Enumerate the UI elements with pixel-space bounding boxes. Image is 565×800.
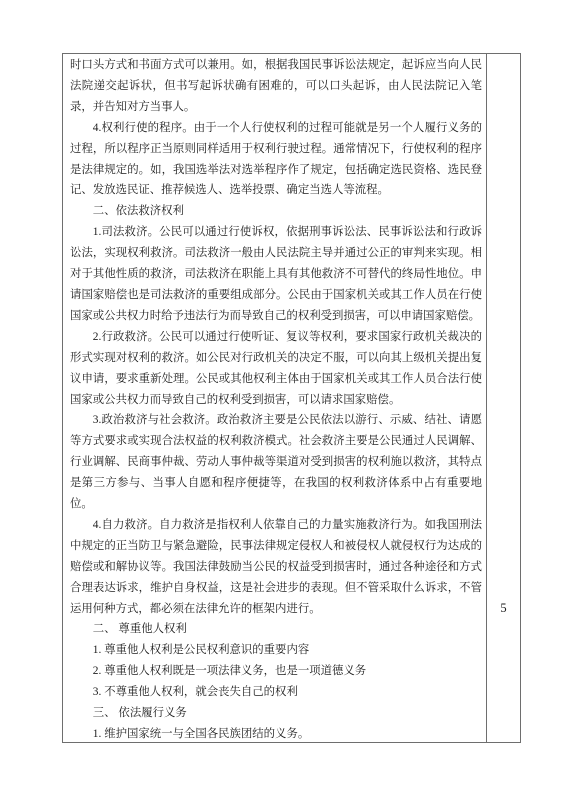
section-heading: 三、 依法履行义务 [70, 703, 482, 724]
list-item: 3. 不尊重他人权利，就会丧失自己的权利 [70, 682, 482, 703]
paragraph: 4.自力救济。自力救济是指权利人依靠自己的力量实施救济行为。如我国刑法中规定的正… [70, 515, 482, 620]
paragraph: 3.政治救济与社会救济。政治救济主要是公民依法以游行、示威、结社、请愿等方式要求… [70, 410, 482, 515]
list-item: 2. 尊重他人权利既是一项法律义务，也是一项道德义务 [70, 661, 482, 682]
list-item: 1. 维护国家统一与全国各民族团结的义务。 [70, 724, 482, 742]
section-heading: 二、 尊重他人权利 [70, 619, 482, 640]
section-heading: 二、依法救济权利 [70, 201, 482, 222]
paragraph: 2.行政救济。公民可以通过行使听证、复议等权利，要求国家行政机关裁决的形式实现对… [70, 327, 482, 411]
margin-column: 5 [487, 54, 520, 742]
list-item: 1. 尊重他人权利是公民权利意识的重要内容 [70, 640, 482, 661]
paragraph: 4.权利行使的程序。由于一个人行使权利的过程可能就是另一个人履行义务的过程，所以… [70, 118, 482, 202]
document-page: 时口头方式和书面方式可以兼用。如，根据我国民事诉讼法规定，起诉应当向人民法院递交… [0, 0, 565, 800]
content-cell: 时口头方式和书面方式可以兼用。如，根据我国民事诉讼法规定，起诉应当向人民法院递交… [63, 54, 487, 742]
paragraph-continuation: 时口头方式和书面方式可以兼用。如，根据我国民事诉讼法规定，起诉应当向人民法院递交… [70, 55, 482, 118]
lesson-plan-table: 时口头方式和书面方式可以兼用。如，根据我国民事诉讼法规定，起诉应当向人民法院递交… [62, 53, 521, 743]
paragraph: 1.司法救济。公民可以通过行使诉权，依据刑事诉讼法、民事诉讼法和行政诉讼法，实现… [70, 222, 482, 327]
margin-number: 5 [487, 598, 520, 619]
